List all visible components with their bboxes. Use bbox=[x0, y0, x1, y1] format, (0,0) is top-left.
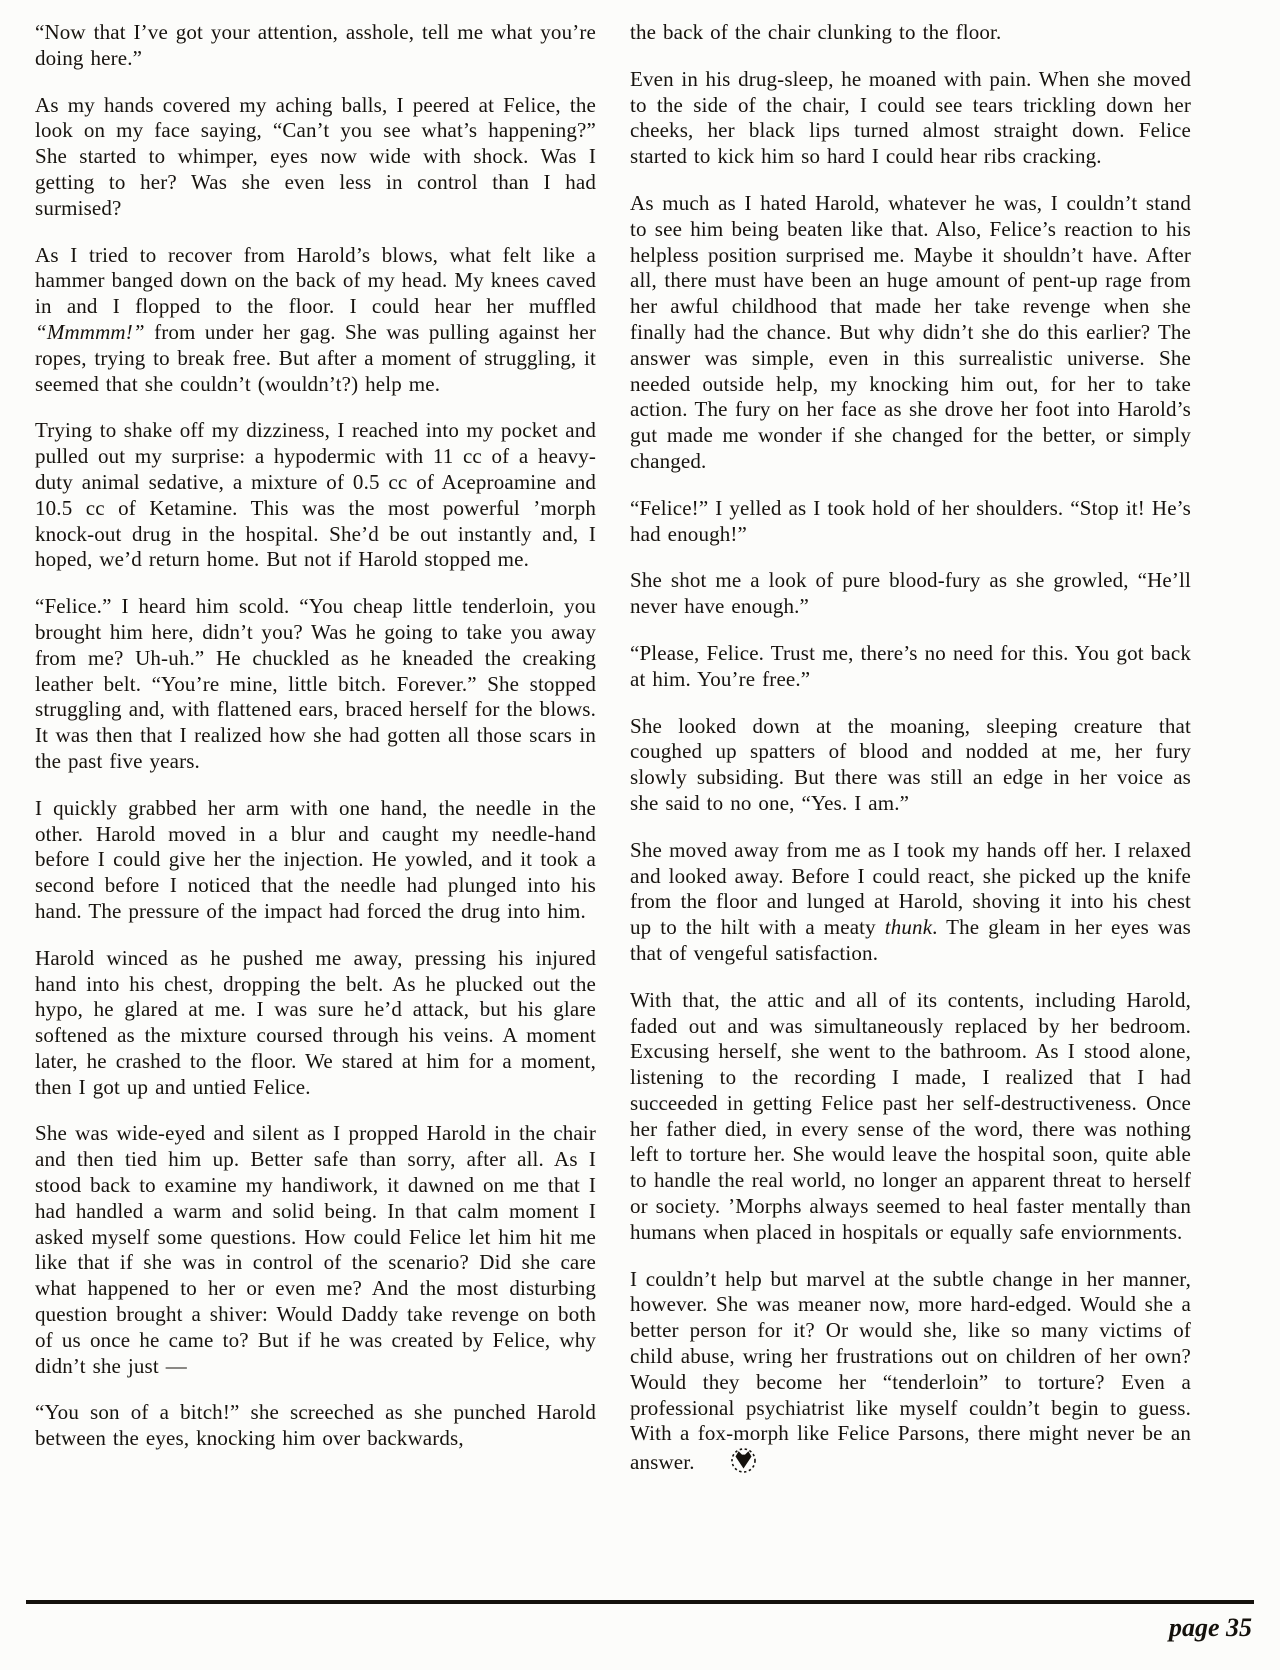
paragraph: As I tried to recover from Harold’s blow… bbox=[35, 243, 596, 398]
footer-divider bbox=[26, 1600, 1254, 1604]
two-column-text: “Now that I’ve got your attention, assho… bbox=[35, 20, 1191, 1476]
paragraph: “Now that I’ve got your attention, assho… bbox=[35, 20, 596, 72]
paragraph: She moved away from me as I took my hand… bbox=[630, 838, 1191, 967]
fox-end-mark-icon bbox=[730, 1447, 757, 1474]
paragraph: the back of the chair clunking to the fl… bbox=[630, 20, 1191, 46]
paragraph: She looked down at the moaning, sleeping… bbox=[630, 714, 1191, 817]
left-column: “Now that I’ve got your attention, assho… bbox=[35, 20, 596, 1476]
page-number: page 35 bbox=[1169, 1613, 1252, 1643]
right-column: the back of the chair clunking to the fl… bbox=[630, 20, 1191, 1476]
paragraph: “Felice.” I heard him scold. “You cheap … bbox=[35, 594, 596, 775]
paragraph: “Felice!” I yelled as I took hold of her… bbox=[630, 496, 1191, 548]
paragraph: “Please, Felice. Trust me, there’s no ne… bbox=[630, 641, 1191, 693]
paragraph: As much as I hated Harold, whatever he w… bbox=[630, 191, 1191, 475]
scanned-page: “Now that I’ve got your attention, assho… bbox=[0, 0, 1280, 1670]
paragraph: I quickly grabbed her arm with one hand,… bbox=[35, 796, 596, 925]
paragraph: With that, the attic and all of its cont… bbox=[630, 988, 1191, 1246]
paragraph: Trying to shake off my dizziness, I reac… bbox=[35, 418, 596, 573]
paragraph: Even in his drug-sleep, he moaned with p… bbox=[630, 67, 1191, 170]
paragraph: Harold winced as he pushed me away, pres… bbox=[35, 946, 596, 1101]
paragraph: She shot me a look of pure blood-fury as… bbox=[630, 568, 1191, 620]
paragraph: “You son of a bitch!” she screeched as s… bbox=[35, 1400, 596, 1452]
paragraph: As my hands covered my aching balls, I p… bbox=[35, 93, 596, 222]
paragraph: She was wide-eyed and silent as I proppe… bbox=[35, 1121, 596, 1379]
paragraph: I couldn’t help but marvel at the subtle… bbox=[630, 1267, 1191, 1476]
